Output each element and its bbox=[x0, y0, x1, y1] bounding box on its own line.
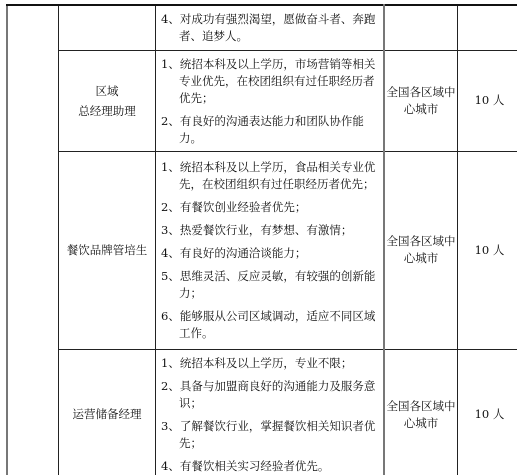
requirement-item: 1、统招本科及以上学历，食品相关专业优先，在校团组织有过任职经历者优先； bbox=[161, 159, 377, 193]
requirement-item: 3、热爱餐饮行业，有梦想、有激情； bbox=[161, 222, 377, 239]
position-cell bbox=[59, 5, 156, 50]
table-row: 运营储备经理 1、统招本科及以上学历，专业不限； 2、具备与加盟商良好的沟通能力… bbox=[7, 349, 517, 475]
requirement-item: 1、统招本科及以上学历，专业不限； bbox=[161, 355, 377, 372]
requirement-item: 2、有餐饮创业经验者优先； bbox=[161, 199, 377, 216]
requirements-cell: 1、统招本科及以上学历，市场营销等相关专业优先，在校团组织有过任职经历者优先； … bbox=[156, 50, 385, 151]
requirement-item: 4、有餐饮相关实习经验者优先。 bbox=[161, 458, 377, 475]
count-cell: 10 人 bbox=[458, 349, 517, 475]
recruitment-table-page: 4、对成功有强烈渴望，愿做奋斗者、奔跑者、追梦人。 区域 总经理助理 1、统招本… bbox=[6, 4, 509, 475]
requirements-cell: 1、统招本科及以上学历，专业不限； 2、具备与加盟商良好的沟通能力及服务意识； … bbox=[156, 349, 385, 475]
category-cell bbox=[7, 5, 59, 475]
table-row: 餐饮品牌管培生 1、统招本科及以上学历，食品相关专业优先，在校团组织有过任职经历… bbox=[7, 151, 517, 349]
table-row: 4、对成功有强烈渴望，愿做奋斗者、奔跑者、追梦人。 bbox=[7, 5, 517, 50]
table-row: 区域 总经理助理 1、统招本科及以上学历，市场营销等相关专业优先，在校团组织有过… bbox=[7, 50, 517, 151]
requirement-item: 2、有良好的沟通表达能力和团队协作能力。 bbox=[161, 113, 377, 147]
location-cell: 全国各区域中心城市 bbox=[384, 50, 458, 151]
requirement-item: 4、对成功有强烈渴望，愿做奋斗者、奔跑者、追梦人。 bbox=[161, 11, 377, 45]
requirements-cell: 1、统招本科及以上学历，食品相关专业优先，在校团组织有过任职经历者优先； 2、有… bbox=[156, 151, 385, 349]
location-cell: 全国各区域中心城市 bbox=[384, 151, 458, 349]
requirements-cell: 4、对成功有强烈渴望，愿做奋斗者、奔跑者、追梦人。 bbox=[156, 5, 385, 50]
recruitment-table: 4、对成功有强烈渴望，愿做奋斗者、奔跑者、追梦人。 区域 总经理助理 1、统招本… bbox=[6, 4, 517, 475]
requirement-item: 1、统招本科及以上学历，市场营销等相关专业优先，在校团组织有过任职经历者优先； bbox=[161, 56, 377, 107]
position-cell: 区域 总经理助理 bbox=[59, 50, 156, 151]
count-cell: 10 人 bbox=[458, 151, 517, 349]
count-cell bbox=[458, 5, 517, 50]
requirement-item: 6、能够服从公司区域调动，适应不同区域工作。 bbox=[161, 308, 377, 342]
requirement-item: 2、具备与加盟商良好的沟通能力及服务意识； bbox=[161, 378, 377, 412]
position-title: 总经理助理 bbox=[59, 101, 155, 121]
position-cell: 运营储备经理 bbox=[59, 349, 156, 475]
location-cell: 全国各区域中心城市 bbox=[384, 349, 458, 475]
count-cell: 10 人 bbox=[458, 50, 517, 151]
requirement-item: 3、了解餐饮行业，掌握餐饮相关知识者优先； bbox=[161, 418, 377, 452]
position-title: 区域 bbox=[59, 81, 155, 101]
requirement-item: 5、思维灵活、反应灵敏，有较强的创新能力； bbox=[161, 268, 377, 302]
requirement-item: 4、有良好的沟通洽谈能力； bbox=[161, 245, 377, 262]
location-cell bbox=[384, 5, 458, 50]
position-cell: 餐饮品牌管培生 bbox=[59, 151, 156, 349]
